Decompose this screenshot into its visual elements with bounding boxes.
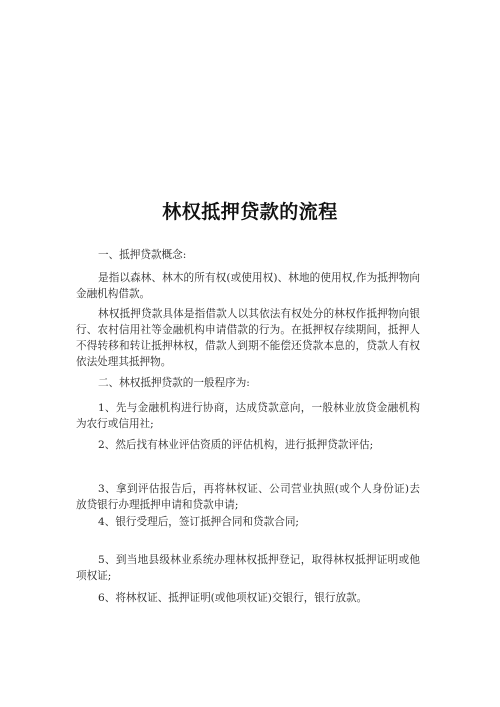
document-page: 林权抵押贷款的流程 一、抵押贷款概念: 是指以森林、林木的所有权(或使用权)、林… xyxy=(0,0,500,707)
procedure-step-3: 3、拿到评估报告后，再将林权证、公司营业执照(或个人身份证)去放贷银行办理抵押申… xyxy=(76,481,420,513)
procedure-step-6: 6、将林权证、抵押证明(或他项权证)交银行，银行放款。 xyxy=(76,590,420,606)
document-title: 林权抵押贷款的流程 xyxy=(0,200,500,224)
procedure-step-4: 4、银行受理后，签订抵押合同和贷款合同; xyxy=(76,514,420,530)
procedure-step-5: 5、到当地县级林业系统办理林权抵押登记，取得林权抵押证明或他项权证; xyxy=(76,552,420,584)
section-1-heading: 一、抵押贷款概念: xyxy=(76,247,420,263)
procedure-step-1: 1、先与金融机构进行协商，达成贷款意向，一般林业放贷金融机构为农行或信用社; xyxy=(76,400,420,432)
procedure-step-2: 2、然后找有林业评估资质的评估机构，进行抵押贷款评估; xyxy=(76,437,420,453)
section-1-definition-paragraph: 是指以森林、林木的所有权(或使用权)、林地的使用权,作为抵押物向金融机构借款。 xyxy=(76,270,420,302)
section-1-detail-paragraph: 林权抵押贷款具体是指借款人以其依法有权处分的林权作抵押物向银行、农村信用社等金融… xyxy=(76,306,420,370)
section-2-heading: 二、林权抵押贷款的一般程序为: xyxy=(76,375,420,391)
